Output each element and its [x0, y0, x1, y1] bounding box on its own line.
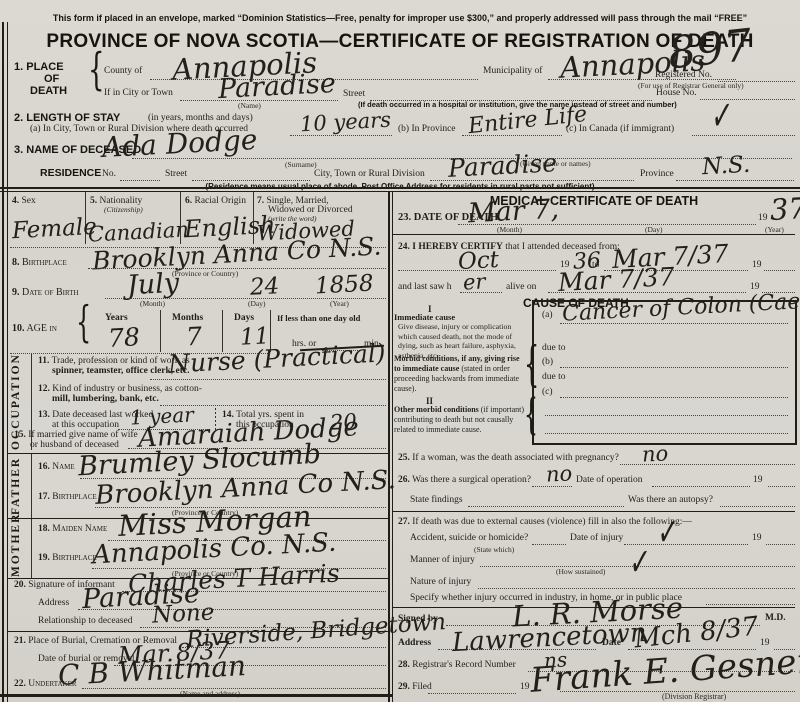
physician-address-label: Address: [398, 638, 431, 648]
dotted-leader: [764, 269, 795, 271]
manner-label: Manner of injury: [410, 555, 475, 565]
age-years-value: 78: [107, 324, 140, 351]
dotted-leader: [560, 396, 788, 398]
s1-label-death: DEATH: [30, 85, 67, 97]
accident-label: Accident, suicide or homicide?: [410, 533, 528, 543]
residence-province-label: Province: [640, 169, 674, 179]
s1-brace: {: [88, 49, 105, 93]
cell-divider: [222, 310, 223, 352]
findings-label: State findings: [410, 495, 463, 505]
immediate-cause-head: Immediate cause: [394, 312, 455, 322]
s1-label-of: OF: [44, 73, 59, 85]
sex-label: 4. Sex: [12, 196, 36, 206]
year-blank: 19: [520, 682, 530, 692]
residence-division-label: City, Town or Rural Division: [314, 169, 425, 179]
registered-no-label: Registered No.: [655, 70, 712, 80]
death-year-value: 37: [769, 194, 800, 225]
mother-maiden-label: 18. Maiden Name: [38, 524, 107, 534]
age-label: 10. AGE in: [12, 323, 57, 334]
section-rule: [392, 234, 795, 235]
dotted-leader: [766, 543, 795, 545]
year-blank: 19: [753, 475, 763, 485]
division-registrar-note: (Division Registrar): [662, 692, 726, 701]
dotted-leader: [720, 505, 795, 507]
md-label: M.D.: [765, 613, 786, 623]
dotted-leader: [462, 134, 562, 136]
year-note: (Year): [765, 225, 784, 234]
city-town-label: If in City or Town: [104, 88, 173, 98]
birth-year-value: 1858: [314, 272, 374, 298]
dotted-leader: [560, 322, 788, 324]
manner-checkmark: ✓: [629, 540, 652, 585]
cell-divider: [160, 310, 161, 352]
dotted-leader: [290, 134, 392, 136]
dotted-leader: [560, 366, 788, 368]
dotted-leader: [652, 485, 750, 487]
dotted-leader: [192, 179, 310, 181]
year-blank: 19: [752, 533, 762, 543]
spouse-label-1: 15. If married give name of wife: [14, 430, 138, 440]
dotted-leader: [706, 603, 795, 605]
dotted-leader: [692, 134, 795, 136]
death-certificate-scan: This form if placed in an envelope, mark…: [0, 0, 800, 702]
dotted-leader: [160, 404, 386, 406]
mother-section-label: MOTHER: [10, 521, 22, 577]
nature-label: Nature of injury: [410, 577, 471, 587]
filed-label: 29. Filed: [398, 682, 432, 692]
last-saw-label-2: alive on: [506, 282, 536, 292]
operation-value: no: [545, 463, 572, 485]
dotted-leader: [150, 378, 386, 380]
dotted-leader: [620, 463, 795, 465]
province-country-note: (Province or Country): [172, 269, 238, 278]
residence-label: RESIDENCE: [40, 167, 101, 179]
dotted-leader: [478, 587, 795, 589]
operation-label: 26. Was there a surgical operation?: [398, 475, 531, 485]
how-sustained-note: (How sustained): [556, 567, 605, 576]
age-months-value: 7: [185, 324, 202, 350]
hospital-note: (If death occurred in a hospital or inst…: [358, 100, 677, 109]
cause-c-label: (c): [542, 387, 553, 397]
death-year-prefix: 19: [758, 213, 768, 223]
industry-label-2: mill, lumbering, bank, etc.: [52, 394, 159, 404]
residence-street-label: Street: [165, 169, 187, 179]
s2-heading: 2. LENGTH OF STAY: [14, 112, 120, 124]
residence-division-value: Paradise: [447, 150, 557, 181]
age-years-header: Years: [105, 313, 128, 323]
father-cell-divider: [31, 454, 32, 518]
dotted-leader: [545, 432, 788, 434]
autopsy-label: Was there an autopsy?: [628, 495, 713, 505]
birthplace-label: 8. Birthplace: [12, 257, 67, 268]
municipality-label: Municipality of: [483, 66, 542, 76]
cause-other-brace: {: [524, 396, 538, 438]
double-rule-bottom: [0, 191, 800, 192]
name-note: (Name): [238, 101, 261, 110]
residence-no-label: No.: [102, 169, 116, 179]
year-blank: 19: [752, 260, 762, 270]
morbid-conditions-text: Morbid conditions, if any, giving rise t…: [394, 354, 528, 394]
operation-date-label: Date of operation: [576, 475, 642, 485]
cause-a-label: (a): [542, 310, 553, 320]
day-note: (Day): [248, 299, 266, 308]
dotted-leader: [428, 692, 516, 694]
signed-date-label: Date: [602, 638, 621, 648]
father-section-label: FATHER: [10, 456, 22, 516]
spouse-label-2: or husband of deceased: [30, 440, 119, 450]
relationship-label: Relationship to deceased: [38, 616, 132, 626]
undertaker-signature: C B Whitman: [57, 652, 246, 690]
state-which-note: (State which): [474, 545, 514, 554]
due-to-label: due to: [542, 372, 565, 382]
relationship-value: None: [151, 601, 215, 627]
month-note: (Month): [497, 225, 522, 234]
dotted-leader: [468, 505, 624, 507]
sex-value: Female: [11, 216, 97, 243]
scan-left-border-inner: [7, 22, 8, 702]
less-than-day-note: If less than one day old: [277, 313, 360, 323]
birth-month-value: July: [126, 270, 179, 300]
citizenship-note: (Citizenship): [104, 205, 143, 214]
informant-address-label: Address: [38, 598, 69, 608]
s2b-label: (b) In Province: [398, 124, 456, 134]
surname-note: (Surname): [285, 160, 317, 169]
racial-origin-label: 6. Racial Origin: [185, 196, 246, 206]
dotted-leader: [78, 608, 386, 610]
due-to-label: due to: [542, 343, 565, 353]
name-address-note: (Name and address): [180, 689, 240, 698]
age-brace: {: [76, 300, 91, 343]
registrar-record-label: 28. Registrar's Record Number: [398, 660, 516, 670]
s2c-checkmark: ✓: [710, 92, 734, 140]
other-morbid-text: Other morbid conditions (if important) c…: [394, 405, 528, 435]
dotted-leader: [460, 291, 502, 293]
mother-birthplace-label: 19. Birthplace: [38, 553, 97, 563]
dotted-leader: [545, 414, 788, 416]
mailing-banner: This form if placed in an envelope, mark…: [40, 13, 760, 23]
double-rule-top: [0, 187, 800, 189]
house-no-label: House No.: [656, 88, 697, 98]
dotted-leader: [532, 543, 566, 545]
year-note: (Year): [330, 299, 349, 308]
injury-date-checkmark: ✓: [657, 510, 680, 555]
city-town-value: Paradise: [217, 70, 336, 103]
dotted-leader: [768, 485, 795, 487]
section-rule: [392, 511, 795, 512]
signed-by-label: Signed by: [398, 614, 438, 624]
father-birthplace-label: 17. Birthplace: [38, 492, 97, 502]
father-name-label: 16. Name: [38, 462, 75, 472]
street-label: Street: [343, 89, 365, 99]
external-causes-label: 27. If death was due to external causes …: [398, 517, 692, 527]
s2c-label: (c) In Canada (if immigrant): [566, 124, 674, 134]
last-saw-label-1: and last saw h: [398, 282, 452, 292]
s1-number-label: 1. PLACE: [14, 61, 64, 73]
last-worked-label-2: at this occupation: [52, 420, 119, 430]
day-note: (Day): [645, 225, 663, 234]
medical-certificate-title: MEDICAL CERTIFICATE OF DEATH: [394, 194, 794, 208]
s2-subnote: (in years, months and days): [148, 113, 253, 123]
mother-cell-divider: [31, 519, 32, 578]
industry-label-1: 12. Kind of industry or business, as cot…: [38, 384, 202, 394]
s2a-value: 10 years: [300, 110, 392, 136]
dotted-leader: [430, 179, 634, 181]
county-label: County of: [104, 66, 142, 76]
injury-date-label: Date of injury: [570, 533, 623, 543]
cause-b-label: (b): [542, 357, 553, 367]
dotted-leader: [120, 179, 160, 181]
cause-bc-brace: {: [524, 340, 539, 388]
pregnancy-label: 25. If a woman, was the death associated…: [398, 453, 619, 463]
age-days-header: Days: [234, 313, 254, 323]
month-note: (Month): [140, 299, 165, 308]
dotted-leader: [532, 485, 572, 487]
date-of-birth-label: 9. Date of Birth: [12, 287, 79, 298]
scan-left-border-outer: [2, 22, 4, 702]
residence-province-value: N.S.: [701, 154, 750, 179]
dotted-leader: [676, 179, 794, 181]
